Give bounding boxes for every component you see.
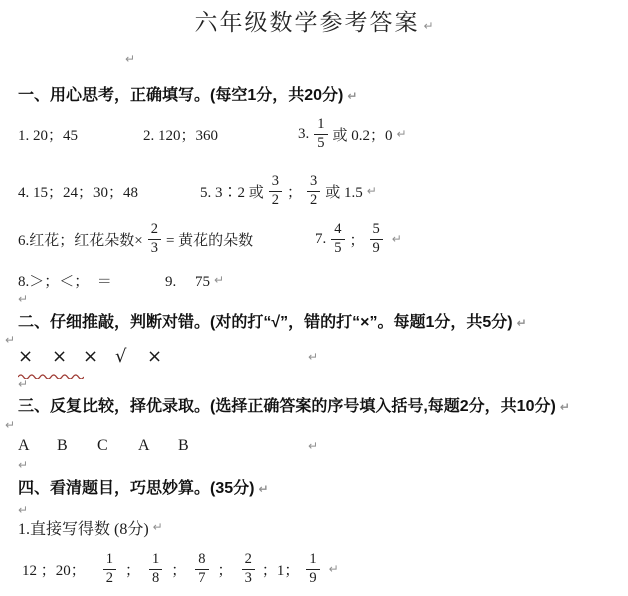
separator: ； xyxy=(125,559,140,580)
fraction: 87 xyxy=(195,552,208,585)
paragraph-mark-icon: ↵ xyxy=(125,52,135,66)
calc-answers: 12 ；20； 12 ； 18 ； 87 ； 23 ；1； 19 ↵ xyxy=(22,545,339,593)
separator: ；1； xyxy=(262,559,300,580)
paragraph-mark-icon: ↵ xyxy=(153,520,163,534)
paragraph-mark-icon: ↵ xyxy=(397,127,407,141)
fraction: 32 xyxy=(269,174,282,207)
cross-mark: × xyxy=(147,346,162,367)
fraction: 19 xyxy=(306,552,319,585)
paragraph-mark-icon: ↵ xyxy=(367,184,377,198)
choice-answer: B xyxy=(57,437,68,455)
answer-item-6: 6.红花；红花朵数× 23 = 黄花的朵数 xyxy=(18,216,253,262)
choice-answer: B xyxy=(178,437,189,455)
fraction-numerator: 1 xyxy=(103,552,116,569)
answer-item-6-suffix: = 黄花的朵数 xyxy=(166,229,253,250)
fraction-numerator: 1 xyxy=(314,117,327,134)
sub1-text: 1.直接写得数 (8分) xyxy=(18,516,149,539)
section1-heading-text: 一、用心思考，正确填写。(每空1分，共20分) xyxy=(18,87,343,104)
answer-item-3-suffix: 或 0.2；0 xyxy=(333,124,393,145)
answer-item-5-label: 5. 3∶2 或 xyxy=(200,181,264,202)
cross-mark: × xyxy=(18,346,33,367)
fraction-numerator: 3 xyxy=(269,174,282,191)
fraction-denominator: 9 xyxy=(373,240,380,256)
section3-heading: 三、反复比较，择优录取。(选择正确答案的序号填入括号,每题2分，共10分)↵ xyxy=(18,393,570,416)
paragraph-mark-icon: ↵ xyxy=(308,439,318,453)
paragraph-mark-icon: ↵ xyxy=(5,333,15,347)
fraction-denominator: 8 xyxy=(152,570,159,586)
choice-answer: A xyxy=(18,437,30,455)
choice-answers-row: A B C A B ↵ xyxy=(0,437,628,459)
fraction-numerator: 5 xyxy=(370,222,383,239)
answer-item-9-text: 9. 75 xyxy=(165,270,210,291)
paragraph-mark-icon: ↵ xyxy=(423,19,433,33)
section2-heading-text: 二、仔细推敲，判断对错。(对的打“√”，错的打“×”。每题1分，共5分) xyxy=(18,314,513,331)
paragraph-mark-icon: ↵ xyxy=(560,400,570,414)
answer-item-5-suffix: 或 1.5 xyxy=(325,181,363,202)
answers-row-3: 6.红花；红花朵数× 23 = 黄花的朵数 7. 45 ； 59 ↵ xyxy=(0,216,628,262)
fraction: 18 xyxy=(149,552,162,585)
separator: ； xyxy=(350,229,365,250)
choice-answer: A xyxy=(138,437,150,455)
fraction-denominator: 3 xyxy=(151,240,158,256)
title-row: 六年级数学参考答案↵ xyxy=(0,4,628,37)
fraction-numerator: 8 xyxy=(195,552,208,569)
section1-heading: 一、用心思考，正确填写。(每空1分，共20分)↵ xyxy=(18,82,357,105)
answer-item-4: 4. 15；24；30；48 xyxy=(18,168,138,214)
calc-text: 12 ；20； xyxy=(22,559,86,580)
answers-row-1: 1. 20；45 2. 120；360 3. 15 或 0.2；0 ↵ xyxy=(0,113,628,155)
paragraph-mark-icon: ↵ xyxy=(18,377,28,391)
separator: ； xyxy=(171,559,186,580)
cross-mark: × xyxy=(83,346,98,367)
fraction-denominator: 7 xyxy=(198,570,205,586)
answer-item-9: 9. 75 ↵ xyxy=(165,268,224,292)
page-title: 六年级数学参考答案 xyxy=(194,10,419,35)
paragraph-mark-icon: ↵ xyxy=(18,292,28,306)
fraction: 12 xyxy=(103,552,116,585)
paragraph-mark-icon: ↵ xyxy=(392,232,402,246)
answer-item-6-label: 6.红花；红花朵数× xyxy=(18,229,143,250)
answer-sheet-document: 六年级数学参考答案↵ ↵ 一、用心思考，正确填写。(每空1分，共20分)↵ 1.… xyxy=(0,0,628,596)
fraction-denominator: 5 xyxy=(334,240,341,256)
answer-item-3: 3. 15 或 0.2；0 ↵ xyxy=(298,113,407,155)
paragraph-mark-icon: ↵ xyxy=(258,482,268,496)
paragraph-mark-icon: ↵ xyxy=(329,562,339,576)
fraction-denominator: 2 xyxy=(310,192,317,208)
section3-heading-text: 三、反复比较，择优录取。(选择正确答案的序号填入括号,每题2分，共10分) xyxy=(18,398,556,415)
fraction-denominator: 2 xyxy=(272,192,279,208)
calc-answers-row: 12 ；20； 12 ； 18 ； 87 ； 23 ；1； 19 ↵ xyxy=(0,545,628,593)
section4-heading-text: 四、看清题目，巧思妙算。(35分) xyxy=(18,480,254,497)
answer-item-7-label: 7. xyxy=(315,231,326,248)
answers-row-2: 4. 15；24；30；48 5. 3∶2 或 32 ； 32 或 1.5 ↵ xyxy=(0,168,628,214)
answers-row-4: 8.＞；＜； ＝ 9. 75 ↵ xyxy=(0,268,628,292)
fraction: 45 xyxy=(331,222,344,255)
fraction: 59 xyxy=(370,222,383,255)
fraction-denominator: 2 xyxy=(106,570,113,586)
fraction: 32 xyxy=(307,174,320,207)
answer-item-3-label: 3. xyxy=(298,126,309,143)
fraction: 23 xyxy=(148,222,161,255)
fraction-numerator: 2 xyxy=(242,552,255,569)
paragraph-mark-icon: ↵ xyxy=(5,418,15,432)
fraction: 15 xyxy=(314,117,327,150)
answer-item-5: 5. 3∶2 或 32 ； 32 或 1.5 ↵ xyxy=(200,168,377,214)
answer-item-7: 7. 45 ； 59 ↵ xyxy=(315,216,402,262)
sub1-label: 1.直接写得数 (8分) ↵ xyxy=(18,517,163,537)
paragraph-mark-icon: ↵ xyxy=(308,350,318,364)
cross-mark: × xyxy=(52,346,67,367)
paragraph-mark-icon: ↵ xyxy=(214,273,224,287)
fraction: 23 xyxy=(242,552,255,585)
fraction-denominator: 3 xyxy=(245,570,252,586)
fraction-denominator: 5 xyxy=(317,135,324,151)
choice-answer: C xyxy=(97,437,108,455)
fraction-numerator: 2 xyxy=(148,222,161,239)
section4-heading: 四、看清题目，巧思妙算。(35分)↵ xyxy=(18,475,269,498)
judge-marks-row: × × × √ × ↵ xyxy=(0,346,628,372)
answer-item-1: 1. 20；45 xyxy=(18,113,78,155)
fraction-numerator: 1 xyxy=(306,552,319,569)
fraction-numerator: 3 xyxy=(307,174,320,191)
fraction-denominator: 9 xyxy=(309,570,316,586)
separator: ； xyxy=(287,181,302,202)
check-mark: √ xyxy=(115,346,126,367)
paragraph-mark-icon: ↵ xyxy=(347,89,357,103)
separator: ； xyxy=(218,559,233,580)
answer-item-8: 8.＞；＜； ＝ xyxy=(18,268,112,292)
paragraph-mark-icon: ↵ xyxy=(517,316,527,330)
fraction-numerator: 4 xyxy=(331,222,344,239)
section2-heading: 二、仔细推敲，判断对错。(对的打“√”，错的打“×”。每题1分，共5分)↵ xyxy=(18,309,527,332)
sub1-row: 1.直接写得数 (8分) ↵ xyxy=(0,517,628,537)
paragraph-mark-icon: ↵ xyxy=(18,458,28,472)
fraction-numerator: 1 xyxy=(149,552,162,569)
answer-item-2: 2. 120；360 xyxy=(143,113,218,155)
